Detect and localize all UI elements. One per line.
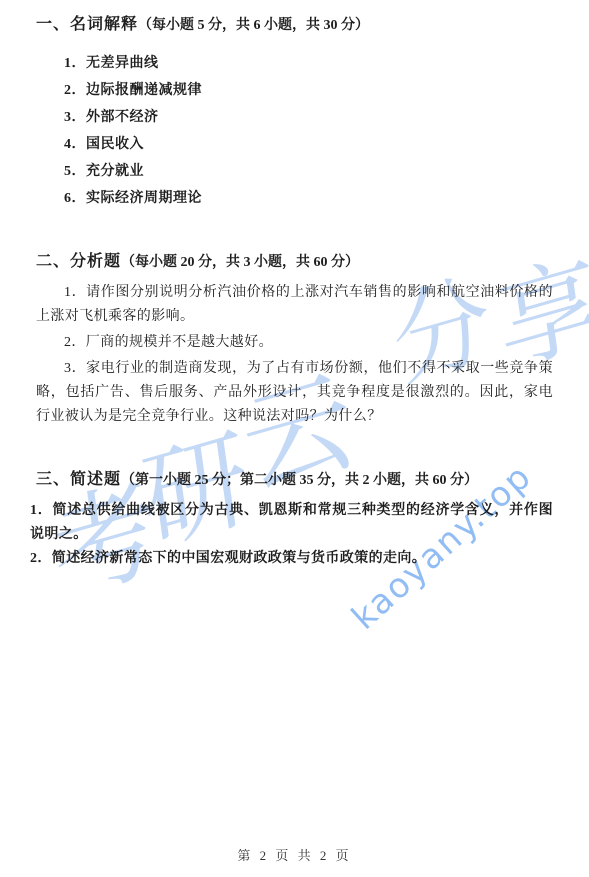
question-item: 1．无差异曲线 [64,50,553,77]
question-item: 3．家电行业的制造商发现，为了占有市场份额，他们不得不采取一些竞争策略，包括广告… [36,357,553,429]
section-analysis: 二、分析题（每小题 20 分，共 3 小题，共 60 分） 1．请作图分别说明分… [36,249,553,429]
section-1-heading: 一、名词解释（每小题 5 分，共 6 小题，共 30 分） [36,12,553,36]
exam-paper-page: 考 研 云 分 享 kaoyany.top 一、名词解释（每小题 5 分，共 6… [0,0,589,877]
question-item: 2．边际报酬递减规律 [64,77,553,104]
section-3-heading: 三、简述题（第一小题 25 分；第二小题 35 分，共 2 小题，共 60 分） [36,467,553,491]
question-item: 5．充分就业 [64,158,553,185]
short-answer-list: 1．简述总供给曲线被区分为古典、凯恩斯和常规三种类型的经济学含义，并作图说明之。… [30,499,553,571]
section-short-answer: 三、简述题（第一小题 25 分；第二小题 35 分，共 2 小题，共 60 分）… [36,467,553,571]
question-item: 2．厂商的规模并不是越大越好。 [36,331,553,355]
section-2-heading: 二、分析题（每小题 20 分，共 3 小题，共 60 分） [36,249,553,273]
question-item: 4．国民收入 [64,131,553,158]
question-item: 1．请作图分别说明分析汽油价格的上涨对汽车销售的影响和航空油料价格的上涨对飞机乘… [36,281,553,329]
section-2-score-note: （每小题 20 分，共 3 小题，共 60 分） [121,255,359,270]
section-3-title: 三、简述题 [36,471,121,488]
term-list: 1．无差异曲线 2．边际报酬递减规律 3．外部不经济 4．国民收入 5．充分就业… [64,50,553,212]
section-1-title: 一、名词解释 [36,16,138,33]
question-item: 1．简述总供给曲线被区分为古典、凯恩斯和常规三种类型的经济学含义，并作图说明之。 [30,499,553,547]
section-term-definitions: 一、名词解释（每小题 5 分，共 6 小题，共 30 分） 1．无差异曲线 2．… [36,12,553,212]
question-item: 2．简述经济新常态下的中国宏观财政政策与货币政策的走向。 [30,547,553,571]
question-item: 3．外部不经济 [64,104,553,131]
section-2-title: 二、分析题 [36,253,121,270]
section-1-score-note: （每小题 5 分，共 6 小题，共 30 分） [138,18,369,33]
question-item: 6．实际经济周期理论 [64,185,553,212]
exam-content: 一、名词解释（每小题 5 分，共 6 小题，共 30 分） 1．无差异曲线 2．… [36,12,553,571]
page-number-footer: 第 2 页 共 2 页 [0,845,589,864]
section-3-score-note: （第一小题 25 分；第二小题 35 分，共 2 小题，共 60 分） [121,473,478,488]
